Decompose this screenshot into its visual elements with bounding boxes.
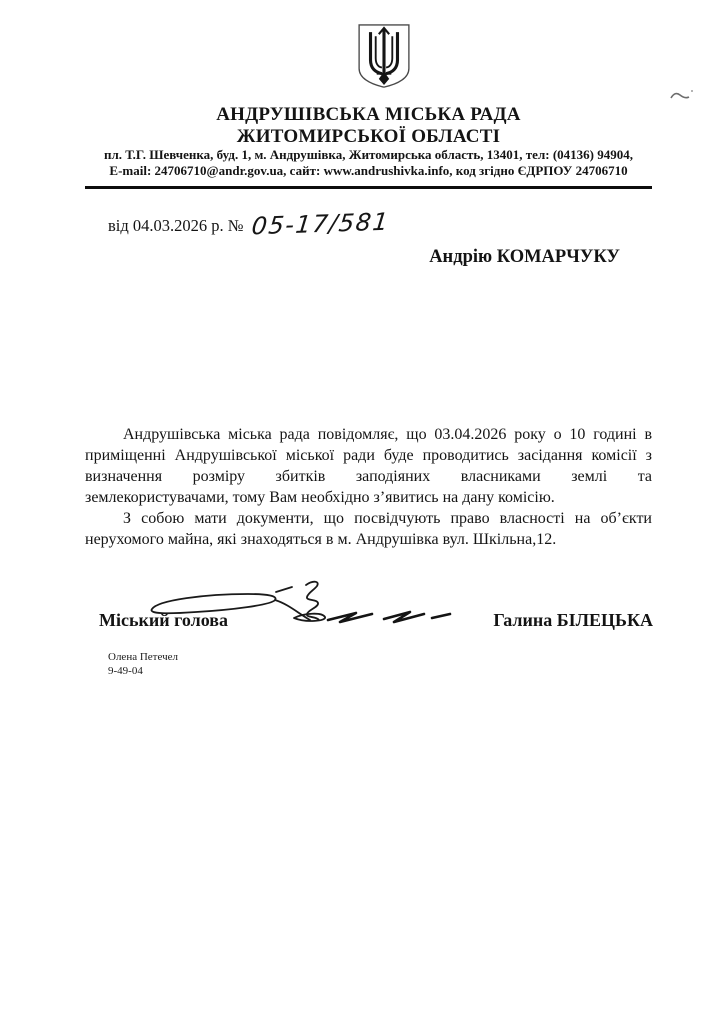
scan-smudge-mark [668,86,698,104]
executor-phone: 9-49-04 [108,664,178,678]
handwritten-signature [136,572,456,642]
body-line: Андрушівська міська рада повідомляє, що … [85,424,652,445]
body-line: нерухомого майна, які знаходяться в м. А… [85,529,652,550]
ukraine-trident-icon [356,22,412,90]
body-line: приміщенні Андрушівської міської ради бу… [85,445,652,466]
org-contact-line: E-mail: 24706710@andr.gov.ua, сайт: www.… [70,163,667,179]
org-name-line2: ЖИТОМИРСЬКОЇ ОБЛАСТІ [85,126,652,148]
org-name-line1: АНДРУШІВСЬКА МІСЬКА РАДА [85,104,652,126]
org-address-line: пл. Т.Г. Шевченка, буд. 1, м. Андрушівка… [70,147,667,163]
executor-name: Олена Петечел [108,650,178,664]
reference-date-prefix: від 04.03.2026 р. № [108,216,244,235]
letter-body: Андрушівська міська рада повідомляє, що … [85,424,652,550]
letterhead-divider [85,186,652,189]
letter-page: АНДРУШІВСЬКА МІСЬКА РАДА ЖИТОМИРСЬКОЇ ОБ… [0,0,725,1024]
reference-line: від 04.03.2026 р. №05-17/581 [108,209,389,237]
recipient-name: Андрію КОМАРЧУКУ [85,247,620,268]
signer-name: Галина БІЛЕЦЬКА [85,610,653,631]
body-line: землекористувачами, тому Вам необхідно з… [85,487,652,508]
handwritten-reference-number: 05-17/581 [250,208,391,241]
body-line: визначення розміру збитків заподіяних вл… [85,466,652,487]
body-line: З собою мати документи, що посвідчують п… [85,508,652,529]
executor-block: Олена Петечел 9-49-04 [108,650,178,678]
